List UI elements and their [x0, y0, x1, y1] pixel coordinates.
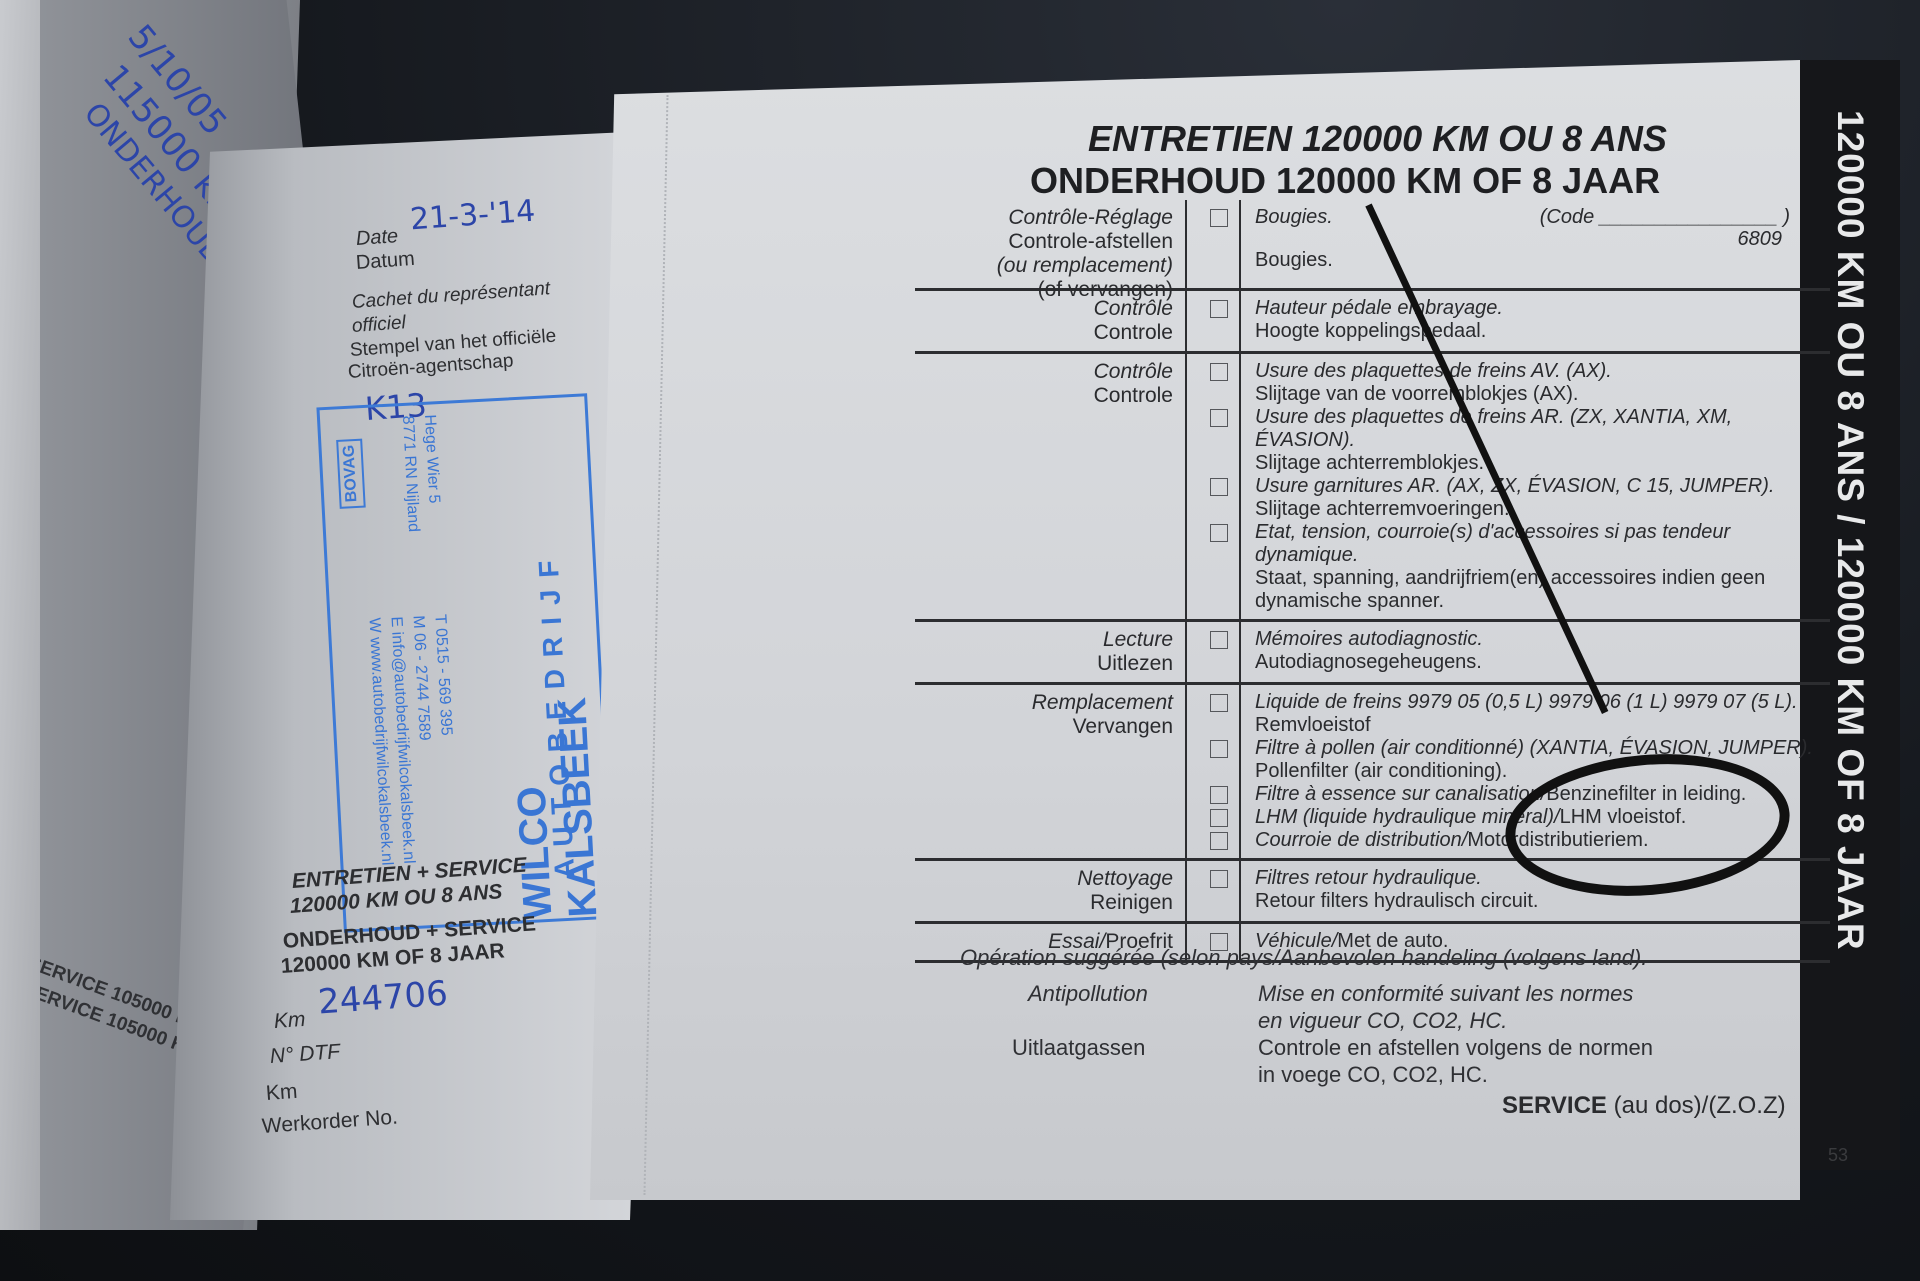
category-nl: Vervangen	[1073, 715, 1173, 738]
checkbox[interactable]	[1210, 409, 1228, 427]
list-item: Liquide de freins 9979 05 (0,5 L) 9979 0…	[1255, 691, 1830, 714]
checkbox[interactable]	[1210, 809, 1228, 827]
list-item: Hauteur pédale embrayage.	[1255, 297, 1830, 320]
category-fr: Remplacement	[1032, 691, 1173, 714]
table-row: LectureUitlezen Mémoires autodiagnostic.…	[915, 622, 1830, 685]
title-nl: ONDERHOUD 120000 KM OF 8 JAAR	[1030, 160, 1660, 202]
stamp-mobile: M 06 - 2744 7589	[408, 615, 433, 741]
category-nl: Reinigen	[1090, 891, 1173, 914]
category-fr: Contrôle	[1094, 360, 1173, 383]
checkbox[interactable]	[1210, 786, 1228, 804]
category-nl: Controle-afstellen	[1008, 230, 1173, 253]
list-item-nl: Slijtage van de voorremblokjes (AX).	[1255, 383, 1830, 406]
checkbox[interactable]	[1210, 209, 1228, 227]
km-label: Km	[273, 1008, 306, 1034]
list-item-nl: Slijtage achterremblokjes.	[1255, 452, 1830, 475]
list-item-nl: Hoogte koppelingspedaal.	[1255, 320, 1830, 343]
category-extra-fr: (ou remplacement)	[997, 254, 1173, 277]
checkbox[interactable]	[1210, 870, 1228, 888]
checkbox[interactable]	[1210, 363, 1228, 381]
checkbox[interactable]	[1210, 300, 1228, 318]
antipollution-text-2: en vigueur CO, CO2, HC.	[1258, 1007, 1507, 1034]
checkbox[interactable]	[1210, 524, 1228, 542]
antipollution-label: Antipollution	[1028, 980, 1148, 1007]
list-item: Bougies.	[1255, 249, 1830, 272]
code-value: 6809	[1738, 228, 1783, 251]
category-nl: Uitlezen	[1097, 652, 1173, 675]
list-item: Filtre à pollen (air conditionné) (XANTI…	[1255, 737, 1830, 760]
page-number: 53	[1828, 1145, 1848, 1166]
list-item-nl: Remvloeistof	[1255, 714, 1830, 737]
datum-label: Datum	[355, 248, 415, 275]
cachet-label-2: officiel	[351, 312, 406, 338]
km2-label: Km	[265, 1080, 298, 1106]
list-item: Mémoires autodiagnostic.	[1255, 628, 1830, 651]
uitlaat-text-1: Controle en afstellen volgens de normen	[1258, 1034, 1653, 1061]
date-label: Date	[355, 225, 399, 251]
category-fr: Nettoyage	[1077, 867, 1173, 890]
code-label: (Code ________________ )	[1540, 206, 1790, 229]
checkbox[interactable]	[1210, 631, 1228, 649]
suggested-operation: Opération suggérée (selon pays/Aanbevole…	[960, 945, 1647, 971]
checkbox[interactable]	[1210, 478, 1228, 496]
checkbox[interactable]	[1210, 740, 1228, 758]
dtf-label: N° DTF	[269, 1040, 341, 1069]
uitlaat-text-2: in voege CO, CO2, HC.	[1258, 1061, 1488, 1088]
stamp-address-1: Hege Wier 5	[420, 414, 443, 504]
category-fr: Lecture	[1103, 628, 1173, 651]
list-item: Usure des plaquettes de freins AR. (ZX, …	[1255, 406, 1830, 452]
dealer-stamp: AUTOBEDRIJF WILCO KALSBEEK BOVAG Hege Wi…	[316, 393, 614, 932]
stamp-address-2: 8771 RN Nijland	[398, 415, 422, 532]
list-item-nl: Autodiagnosegeheugens.	[1255, 651, 1830, 674]
list-item-nl: Retour filters hydraulisch circuit.	[1255, 890, 1830, 913]
list-item: Etat, tension, courroie(s) d'accessoires…	[1255, 521, 1830, 567]
category-nl: Controle	[1094, 384, 1173, 407]
category-fr: Contrôle-Réglage	[1008, 206, 1173, 229]
category-extra-nl: (of vervangen)	[1038, 278, 1173, 301]
uitlaat-label: Uitlaatgassen	[1012, 1034, 1145, 1061]
category-nl: Controle	[1094, 321, 1173, 344]
list-item-nl: Slijtage achterremvoeringen.	[1255, 498, 1830, 521]
service-note: SERVICE (au dos)/(Z.O.Z)	[1502, 1092, 1786, 1120]
stamp-phone: T 0515 - 569 395	[430, 614, 454, 736]
list-item: Usure garnitures AR. (AX, ZX, ÉVASION, C…	[1255, 475, 1830, 498]
side-banner-text: 120000 KM OU 8 ANS / 120000 KM OF 8 JAAR	[1829, 110, 1871, 951]
checkbox[interactable]	[1210, 832, 1228, 850]
list-item: Usure des plaquettes de freins AV. (AX).	[1255, 360, 1830, 383]
title-fr: ENTRETIEN 120000 KM OU 8 ANS	[1088, 118, 1667, 160]
table-row: ContrôleControle Usure des plaquettes de…	[915, 354, 1830, 622]
checkbox[interactable]	[1210, 694, 1228, 712]
antipollution-text-1: Mise en conformité suivant les normes	[1258, 980, 1633, 1007]
bovag-badge: BOVAG	[336, 438, 366, 509]
